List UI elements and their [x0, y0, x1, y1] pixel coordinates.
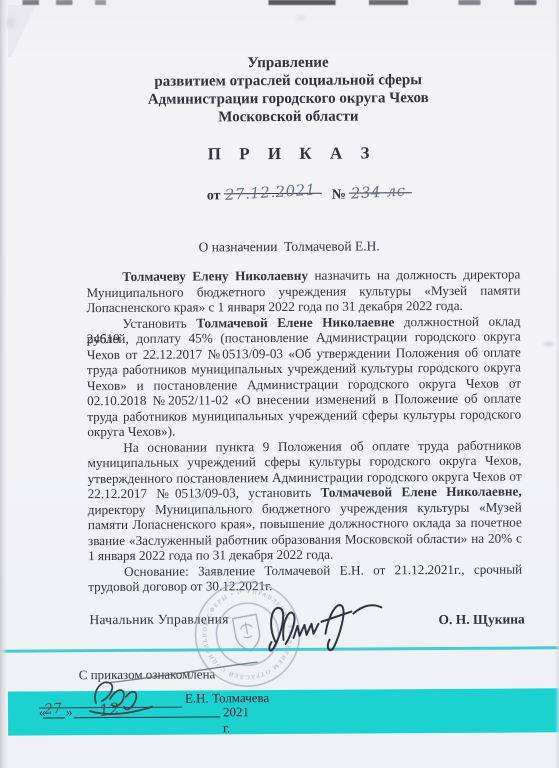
- date-number-row: от 27.12.2021 № 234-лс: [0, 186, 558, 189]
- date-label: от: [207, 188, 221, 204]
- scanned-order-document: Управление развитием отраслей социальной…: [0, 0, 559, 768]
- handwritten-order-number: 234-лс: [350, 180, 431, 203]
- body-line: Основание: Заявление Толмачевой Е.Н. от …: [88, 561, 522, 579]
- org-name-line-4: Московской области: [68, 107, 508, 128]
- number-label: №: [332, 188, 346, 204]
- scan-smudge: [543, 342, 555, 346]
- scan-top-edge-artifact: [0, 0, 559, 5]
- body-lines: Толмачеву Елену Николаевну назначить на …: [86, 267, 522, 595]
- body-line: труда работников муниципальных учреждени…: [87, 406, 521, 424]
- scan-right-edge-shadow: [555, 0, 559, 768]
- scan-smudge: [296, 16, 306, 20]
- handwritten-day: 27: [43, 701, 62, 718]
- head-signature-handwritten: [263, 591, 393, 662]
- close-quote: »: [66, 704, 73, 720]
- paper-corner-fold: [8, 5, 54, 57]
- document-type-title: П Р И К А З: [69, 143, 509, 166]
- employee-signature-handwritten: [82, 673, 172, 722]
- signer-name: О. Н. Щукина: [438, 612, 524, 629]
- scan-left-edge-shadow: [0, 0, 7, 768]
- year-label: 2021 г.: [223, 704, 249, 736]
- body-line: звание «Заслуженный работник образования…: [88, 530, 522, 548]
- order-subject: О назначении Толмачевой Е.Н.: [69, 238, 509, 257]
